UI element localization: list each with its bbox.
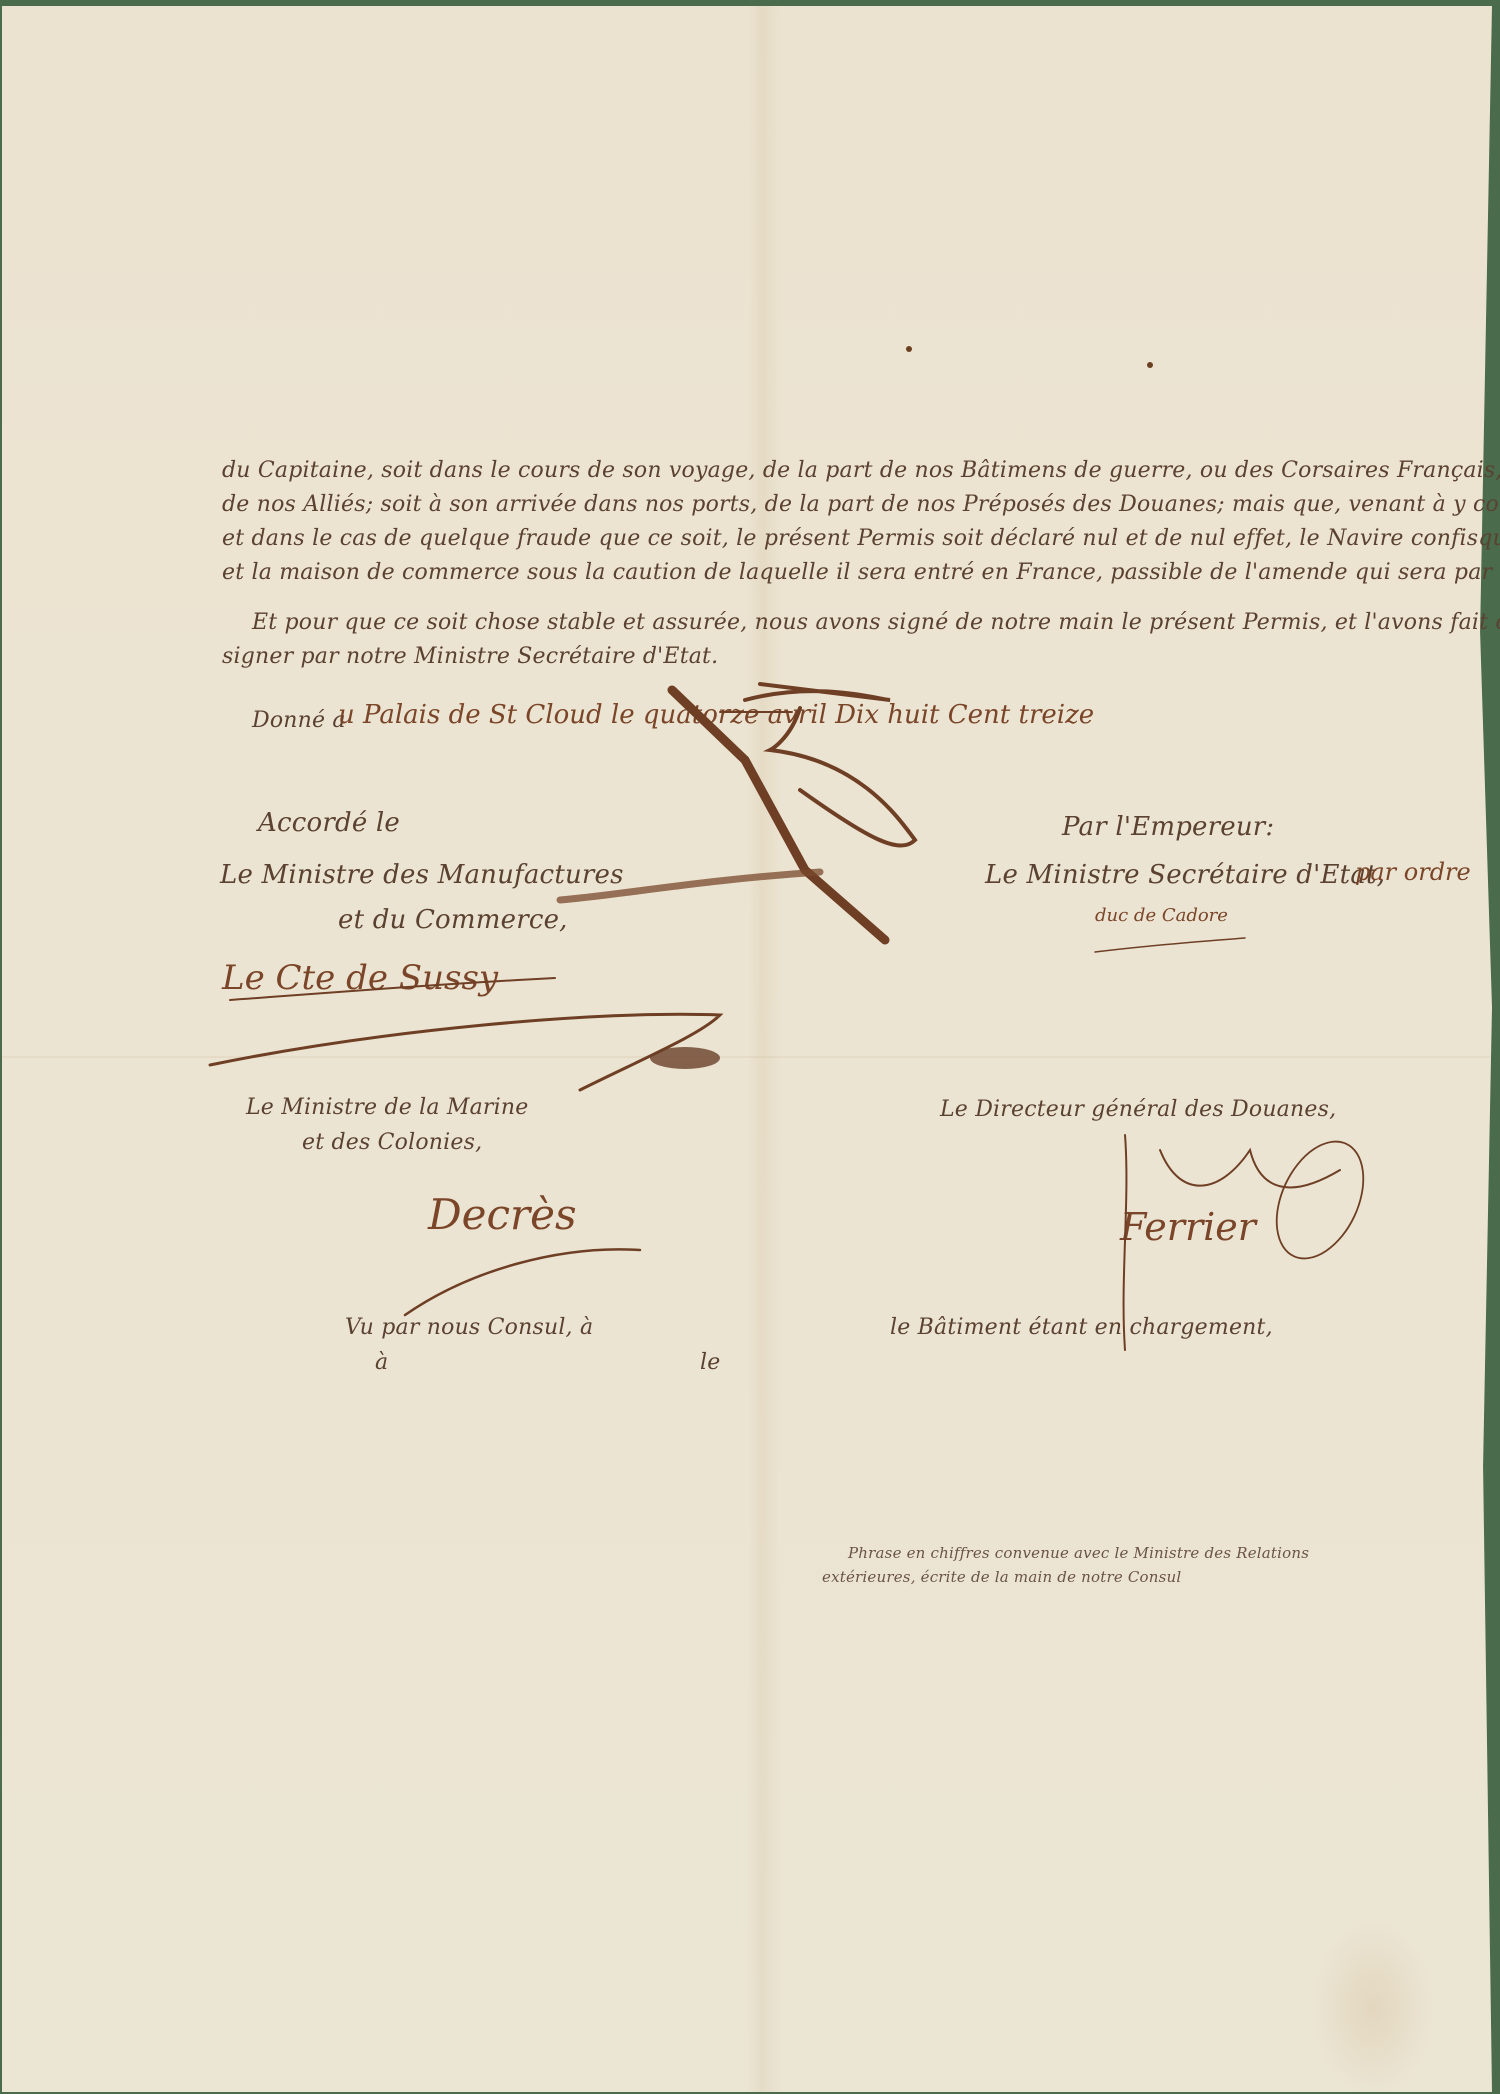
signature-strokes — [0, 0, 1500, 2094]
ink-blot — [650, 1047, 720, 1069]
emperor-signature-mark — [672, 690, 885, 940]
